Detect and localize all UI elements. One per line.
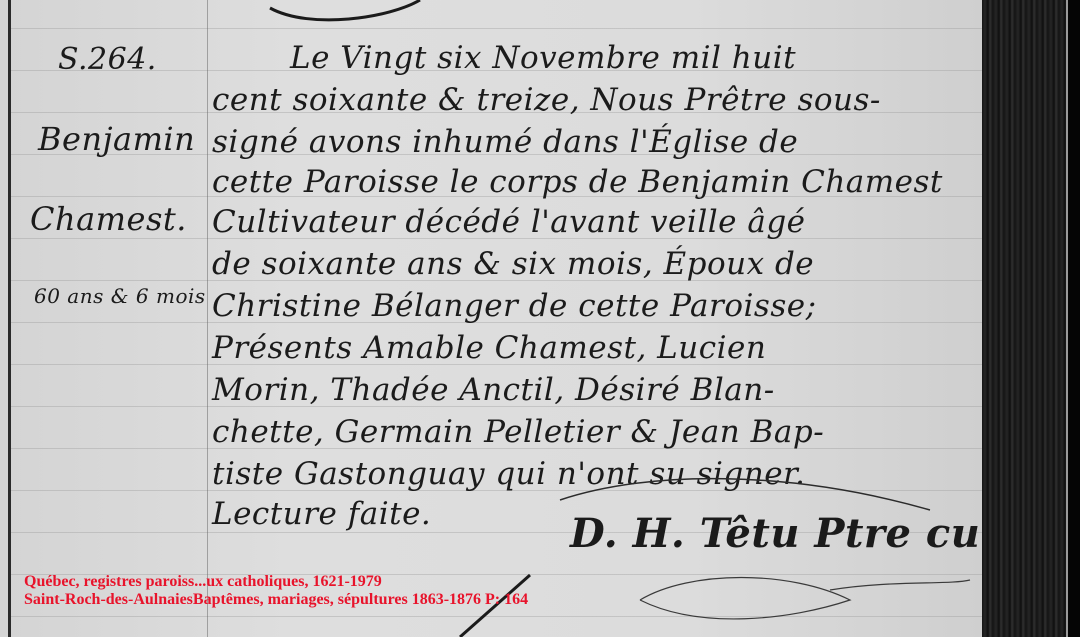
page-left-border xyxy=(8,0,11,637)
caption-volume-page: Saint-Roch-des-AulnaiesBaptêmes, mariage… xyxy=(24,591,528,609)
binding-shadow xyxy=(1068,0,1080,637)
margin-first-name: Benjamin xyxy=(38,120,195,158)
register-page: S.264. Benjamin Chamest. 60 ans & 6 mois… xyxy=(0,0,982,637)
margin-age: 60 ans & 6 mois xyxy=(34,284,206,308)
ink-flourish xyxy=(230,0,990,637)
caption-collection: Québec, registres paroiss...ux catholiqu… xyxy=(24,573,382,591)
margin-last-name: Chamest. xyxy=(30,200,187,238)
margin-divider xyxy=(207,0,208,637)
entry-number: S.264. xyxy=(58,42,157,77)
